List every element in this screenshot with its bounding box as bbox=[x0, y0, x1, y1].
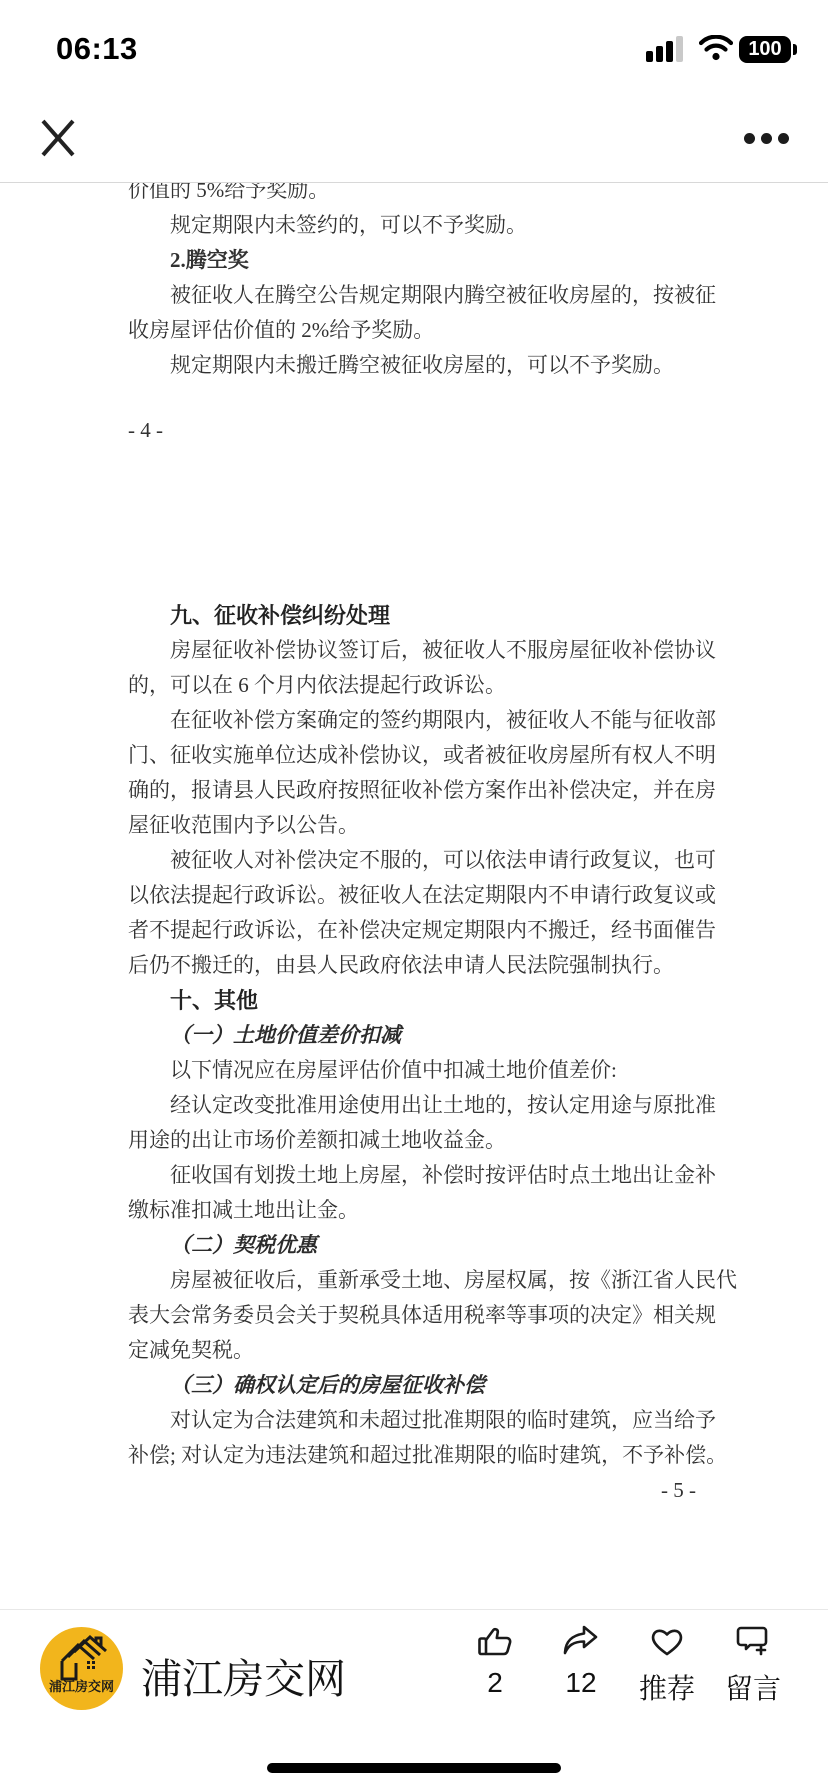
thumbs-up-icon bbox=[476, 1622, 514, 1660]
doc-line: 补偿; 对认定为违法建筑和超过批准期限的临时建筑，不予补偿。 bbox=[128, 1438, 714, 1473]
svg-text:浦江房交网: 浦江房交网 bbox=[49, 1679, 114, 1694]
comment-label: 留言 bbox=[725, 1667, 781, 1707]
doc-line: 征收国有划拨土地上房屋，补偿时按评估时点土地出让金补 bbox=[128, 1158, 714, 1193]
publisher-logo[interactable]: 浦江房交网 bbox=[40, 1627, 123, 1710]
comment-plus-icon bbox=[733, 1622, 773, 1660]
recommend-button[interactable]: 推荐 bbox=[624, 1622, 710, 1707]
doc-line: 定减免契税。 bbox=[128, 1333, 714, 1368]
heart-icon bbox=[647, 1622, 687, 1660]
doc-line: 以依法提起行政诉讼。被征收人在法定期限内不申请行政复议或 bbox=[128, 878, 714, 913]
action-bar: 2 12 推荐 bbox=[452, 1622, 796, 1707]
page-number: - 5 - bbox=[128, 1473, 714, 1508]
wifi-icon bbox=[699, 35, 733, 61]
recommend-label: 推荐 bbox=[639, 1667, 695, 1707]
publisher-name[interactable]: 浦江房交网 bbox=[141, 1646, 346, 1705]
battery-nub bbox=[793, 44, 797, 55]
more-menu-button[interactable] bbox=[744, 133, 789, 144]
clock-text: 06:13 bbox=[56, 31, 138, 67]
page-number: - 4 - bbox=[128, 413, 714, 448]
doc-line: 后仍不搬迁的，由县人民政府依法申请人民法院强制执行。 bbox=[128, 948, 714, 983]
doc-line: 规定期限内未签约的，可以不予奖励。 bbox=[128, 208, 714, 243]
cellular-signal-icon bbox=[646, 34, 690, 62]
like-button[interactable]: 2 bbox=[452, 1622, 538, 1707]
doc-line: 在征收补偿方案确定的签约期限内，被征收人不能与征收部 bbox=[128, 703, 714, 738]
doc-heading: 2.腾空奖 bbox=[128, 243, 714, 278]
doc-line: 经认定改变批准用途使用出让土地的，按认定用途与原批准 bbox=[128, 1088, 714, 1123]
home-indicator[interactable] bbox=[267, 1763, 561, 1773]
share-button[interactable]: 12 bbox=[538, 1622, 624, 1707]
doc-line: 被征收人对补偿决定不服的，可以依法申请行政复议，也可 bbox=[128, 843, 714, 878]
doc-line: 房屋征收补偿协议签订后，被征收人不服房屋征收补偿协议 bbox=[128, 633, 714, 668]
comment-button[interactable]: 留言 bbox=[710, 1622, 796, 1707]
doc-line: 用途的出让市场价差额扣减土地收益金。 bbox=[128, 1123, 714, 1158]
doc-line: 屋征收范围内予以公告。 bbox=[128, 808, 714, 843]
doc-line: 价值的 5%给予奖励。 bbox=[128, 183, 714, 208]
doc-line: 的，可以在 6 个月内依法提起行政诉讼。 bbox=[128, 668, 714, 703]
article-scroll-area[interactable]: 价值的 5%给予奖励。规定期限内未签约的，可以不予奖励。2.腾空奖被征收人在腾空… bbox=[0, 183, 828, 1563]
doc-heading: 九、征收补偿纠纷处理 bbox=[128, 598, 714, 633]
doc-line: 以下情况应在房屋评估价值中扣减土地价值差价: bbox=[128, 1053, 714, 1088]
doc-line: 收房屋评估价值的 2%给予奖励。 bbox=[128, 313, 714, 348]
share-count: 12 bbox=[565, 1667, 596, 1699]
share-arrow-icon bbox=[561, 1622, 601, 1660]
more-dot-icon bbox=[761, 133, 772, 144]
doc-heading: （一）土地价值差价扣减 bbox=[128, 1018, 714, 1053]
doc-heading: 十、其他 bbox=[128, 983, 714, 1018]
doc-line: 表大会常务委员会关于契税具体适用税率等事项的决定》相关规 bbox=[128, 1298, 714, 1333]
more-dot-icon bbox=[778, 133, 789, 144]
doc-line: 规定期限内未搬迁腾空被征收房屋的，可以不予奖励。 bbox=[128, 348, 714, 383]
close-button[interactable] bbox=[40, 117, 76, 159]
doc-line: 门、征收实施单位达成补偿协议，或者被征收房屋所有权人不明 bbox=[128, 738, 714, 773]
like-count: 2 bbox=[487, 1667, 503, 1699]
doc-line: 被征收人在腾空公告规定期限内腾空被征收房屋的，按被征 bbox=[128, 278, 714, 313]
doc-line: 者不提起行政诉讼，在补偿决定规定期限内不搬迁，经书面催告 bbox=[128, 913, 714, 948]
doc-line: 缴标准扣减土地出让金。 bbox=[128, 1193, 714, 1228]
battery-indicator: 100 bbox=[739, 36, 791, 63]
doc-heading: （三）确权认定后的房屋征收补偿 bbox=[128, 1368, 714, 1403]
more-dot-icon bbox=[744, 133, 755, 144]
document-page: 价值的 5%给予奖励。规定期限内未签约的，可以不予奖励。2.腾空奖被征收人在腾空… bbox=[0, 183, 714, 1508]
doc-line: 确的，报请县人民政府按照征收补偿方案作出补偿决定，并在房 bbox=[128, 773, 714, 808]
doc-line: 房屋被征收后，重新承受土地、房屋权属，按《浙江省人民代 bbox=[128, 1263, 714, 1298]
doc-heading: （二）契税优惠 bbox=[128, 1228, 714, 1263]
doc-line: 对认定为合法建筑和未超过批准期限的临时建筑，应当给予 bbox=[128, 1403, 714, 1438]
